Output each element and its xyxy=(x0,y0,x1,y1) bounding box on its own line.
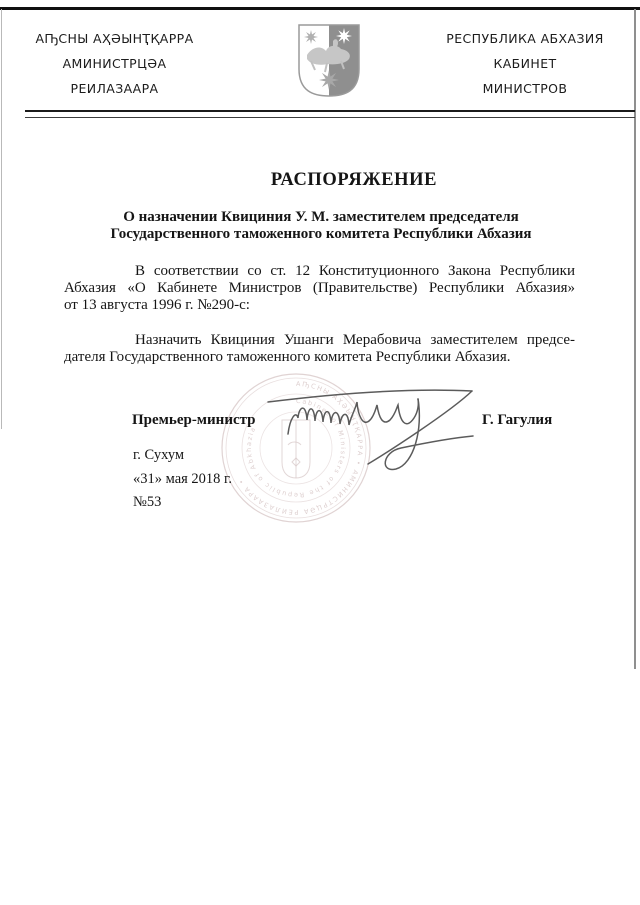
letterhead-abkhaz-line3: РЕИЛАЗААРА xyxy=(22,76,207,101)
body-line: Назначить Квициния Ушанги Мерабовича зам… xyxy=(64,332,575,349)
subject-line2: Государственного таможенного комитета Ре… xyxy=(64,226,578,243)
letterhead-russian: РЕСПУБЛИКА АБХАЗИЯ КАБИНЕТ МИНИСТРОВ xyxy=(430,26,620,101)
letterhead-abkhaz-line1: АҦСНЫ АҲӘЫНҬҚАРРА xyxy=(22,26,207,51)
subject-line1: О назначении Квициния У. М. заместителем… xyxy=(64,209,578,226)
body-line: дателя Государственного таможенного коми… xyxy=(64,349,575,366)
footer-number: №53 xyxy=(133,491,232,515)
paragraph-appointment: Назначить Квициния Ушанги Мерабовича зам… xyxy=(64,332,575,366)
letterhead-russian-line2: КАБИНЕТ xyxy=(430,51,620,76)
letterhead-russian-line1: РЕСПУБЛИКА АБХАЗИЯ xyxy=(430,26,620,51)
footer-city: г. Сухум xyxy=(133,444,232,468)
body-line: В соответствии со ст. 12 Конституционног… xyxy=(64,263,575,280)
body-line: Абхазия «О Кабинете Министров (Правитель… xyxy=(64,280,575,297)
document-page: АҦСНЫ АҲӘЫНҬҚАРРА АМИНИСТРЦӘА РЕИЛАЗААРА xyxy=(0,0,640,905)
signer-role: Премьер-министр xyxy=(132,412,256,429)
abkhazia-coat-of-arms-icon xyxy=(297,23,361,98)
handwritten-signature xyxy=(230,372,510,482)
footer-date: «31» мая 2018 г. xyxy=(133,468,232,492)
document-footer: г. Сухум «31» мая 2018 г. №53 xyxy=(133,444,232,515)
body-line: от 13 августа 1996 г. №290-с: xyxy=(64,297,575,314)
document-subject: О назначении Квициния У. М. заместителем… xyxy=(64,209,578,242)
scan-edge-right xyxy=(634,9,636,669)
document-title: РАСПОРЯЖЕНИЕ xyxy=(64,170,578,191)
document-body: В соответствии со ст. 12 Конституционног… xyxy=(64,263,575,366)
letterhead-double-rule xyxy=(25,110,635,118)
scan-edge-left xyxy=(1,9,2,429)
letterhead-russian-line3: МИНИСТРОВ xyxy=(430,76,620,101)
scan-edge-top xyxy=(0,7,640,10)
paragraph-gap xyxy=(64,314,575,332)
letterhead-abkhaz: АҦСНЫ АҲӘЫНҬҚАРРА АМИНИСТРЦӘА РЕИЛАЗААРА xyxy=(22,26,207,101)
paragraph-legal-basis: В соответствии со ст. 12 Конституционног… xyxy=(64,263,575,314)
letterhead-abkhaz-line2: АМИНИСТРЦӘА xyxy=(22,51,207,76)
signer-name: Г. Гагулия xyxy=(482,412,552,429)
